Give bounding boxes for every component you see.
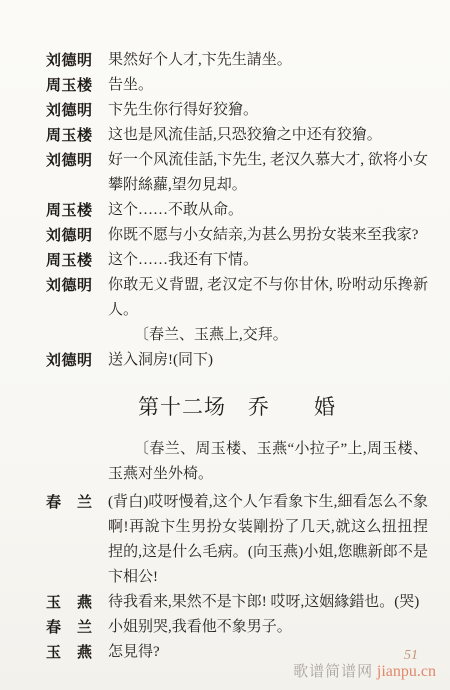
watermark-domain-label: jianpu.cn — [377, 663, 436, 680]
dialogue-line: 周玉楼 这也是风流佳話,只恐狡獪之中还有狡獪。 — [46, 123, 428, 148]
scene-title: 第十二场 乔 婚 — [46, 392, 428, 422]
dialogue-line: 春 兰 小姐别哭,我看他不象男子。 — [46, 615, 428, 640]
dialogue-text: 好一个风流佳話,卞先生, 老汉久慕大才, 欲将小女攀附絲蘿,望勿見却。 — [108, 148, 428, 198]
speaker-name: 刘德明 — [46, 98, 98, 123]
dialogue-line: 刘德明 卞先生你行得好狡獪。 — [46, 98, 428, 123]
speaker-name: 玉 燕 — [46, 590, 98, 615]
dialogue-text: 你既不愿与小女結亲,为甚么男扮女装来至我家? — [108, 223, 428, 248]
speaker-name: 刘德明 — [46, 273, 98, 323]
dialogue-text: 果然好个人才,卞先生請坐。 — [108, 48, 428, 73]
speaker-name: 周玉楼 — [46, 123, 98, 148]
dialogue-text: 送入洞房!(同下) — [108, 348, 428, 373]
dialogue-line: 春 兰 (背白)哎呀慢着,这个人乍看象卞生,細看怎么不象啊!再說卞生男扮女装剛扮… — [46, 490, 428, 590]
speaker-name: 周玉楼 — [46, 198, 98, 223]
speaker-name: 刘德明 — [46, 48, 98, 73]
dialogue-line: 周玉楼 这个……我还有下情。 — [46, 248, 428, 273]
dialogue-line: 玉 燕 待我看来,果然不是卞郎! 哎呀,这姻緣錯也。(哭) — [46, 590, 428, 615]
speaker-name: 刘德明 — [46, 148, 98, 198]
watermark-site-label: 歌谱简谱网 — [293, 664, 373, 680]
dialogue-text: (背白)哎呀慢着,这个人乍看象卞生,細看怎么不象啊!再說卞生男扮女装剛扮了几天,… — [108, 490, 428, 590]
dialogue-text: 待我看来,果然不是卞郎! 哎呀,这姻緣錯也。(哭) — [108, 590, 428, 615]
watermark: 歌谱简谱网 jianpu.cn — [293, 660, 436, 681]
dialogue-text: 这个……不敢从命。 — [108, 198, 428, 223]
dialogue-text: 这个……我还有下情。 — [108, 248, 428, 273]
speaker-name: 春 兰 — [46, 615, 98, 640]
dialogue-text: 这也是风流佳話,只恐狡獪之中还有狡獪。 — [108, 123, 428, 148]
dialogue-text: 告坐。 — [108, 73, 428, 98]
dialogue-line: 刘德明 你敢无义背盟, 老汉定不与你甘休, 吩咐动乐搀新人。 — [46, 273, 428, 323]
dialogue-text: 卞先生你行得好狡獪。 — [108, 98, 428, 123]
dialogue-line: 刘德明 送入洞房!(同下) — [46, 348, 428, 373]
dialogue-line: 刘德明 果然好个人才,卞先生請坐。 — [46, 48, 428, 73]
script-page: 刘德明 果然好个人才,卞先生請坐。 周玉楼 告坐。 刘德明 卞先生你行得好狡獪。… — [0, 0, 450, 690]
speaker-name: 玉 燕 — [46, 640, 98, 665]
speaker-name: 刘德明 — [46, 348, 98, 373]
speaker-name: 周玉楼 — [46, 73, 98, 98]
dialogue-text: 你敢无义背盟, 老汉定不与你甘休, 吩咐动乐搀新人。 — [108, 273, 428, 323]
speaker-name: 周玉楼 — [46, 248, 98, 273]
stage-direction: 〔春兰、周玉楼、玉燕“小拉子”上,周玉楼、玉燕对坐外椅。 — [46, 437, 428, 487]
speaker-name: 刘德明 — [46, 223, 98, 248]
speaker-name: 春 兰 — [46, 490, 98, 590]
dialogue-text: 小姐别哭,我看他不象男子。 — [108, 615, 428, 640]
dialogue-line: 周玉楼 告坐。 — [46, 73, 428, 98]
dialogue-line: 刘德明 好一个风流佳話,卞先生, 老汉久慕大才, 欲将小女攀附絲蘿,望勿見却。 — [46, 148, 428, 198]
dialogue-line: 刘德明 你既不愿与小女結亲,为甚么男扮女装来至我家? — [46, 223, 428, 248]
dialogue-line: 周玉楼 这个……不敢从命。 — [46, 198, 428, 223]
stage-direction: 〔春兰、玉燕上,交拜。 — [46, 323, 428, 348]
script-content: 刘德明 果然好个人才,卞先生請坐。 周玉楼 告坐。 刘德明 卞先生你行得好狡獪。… — [46, 48, 428, 665]
